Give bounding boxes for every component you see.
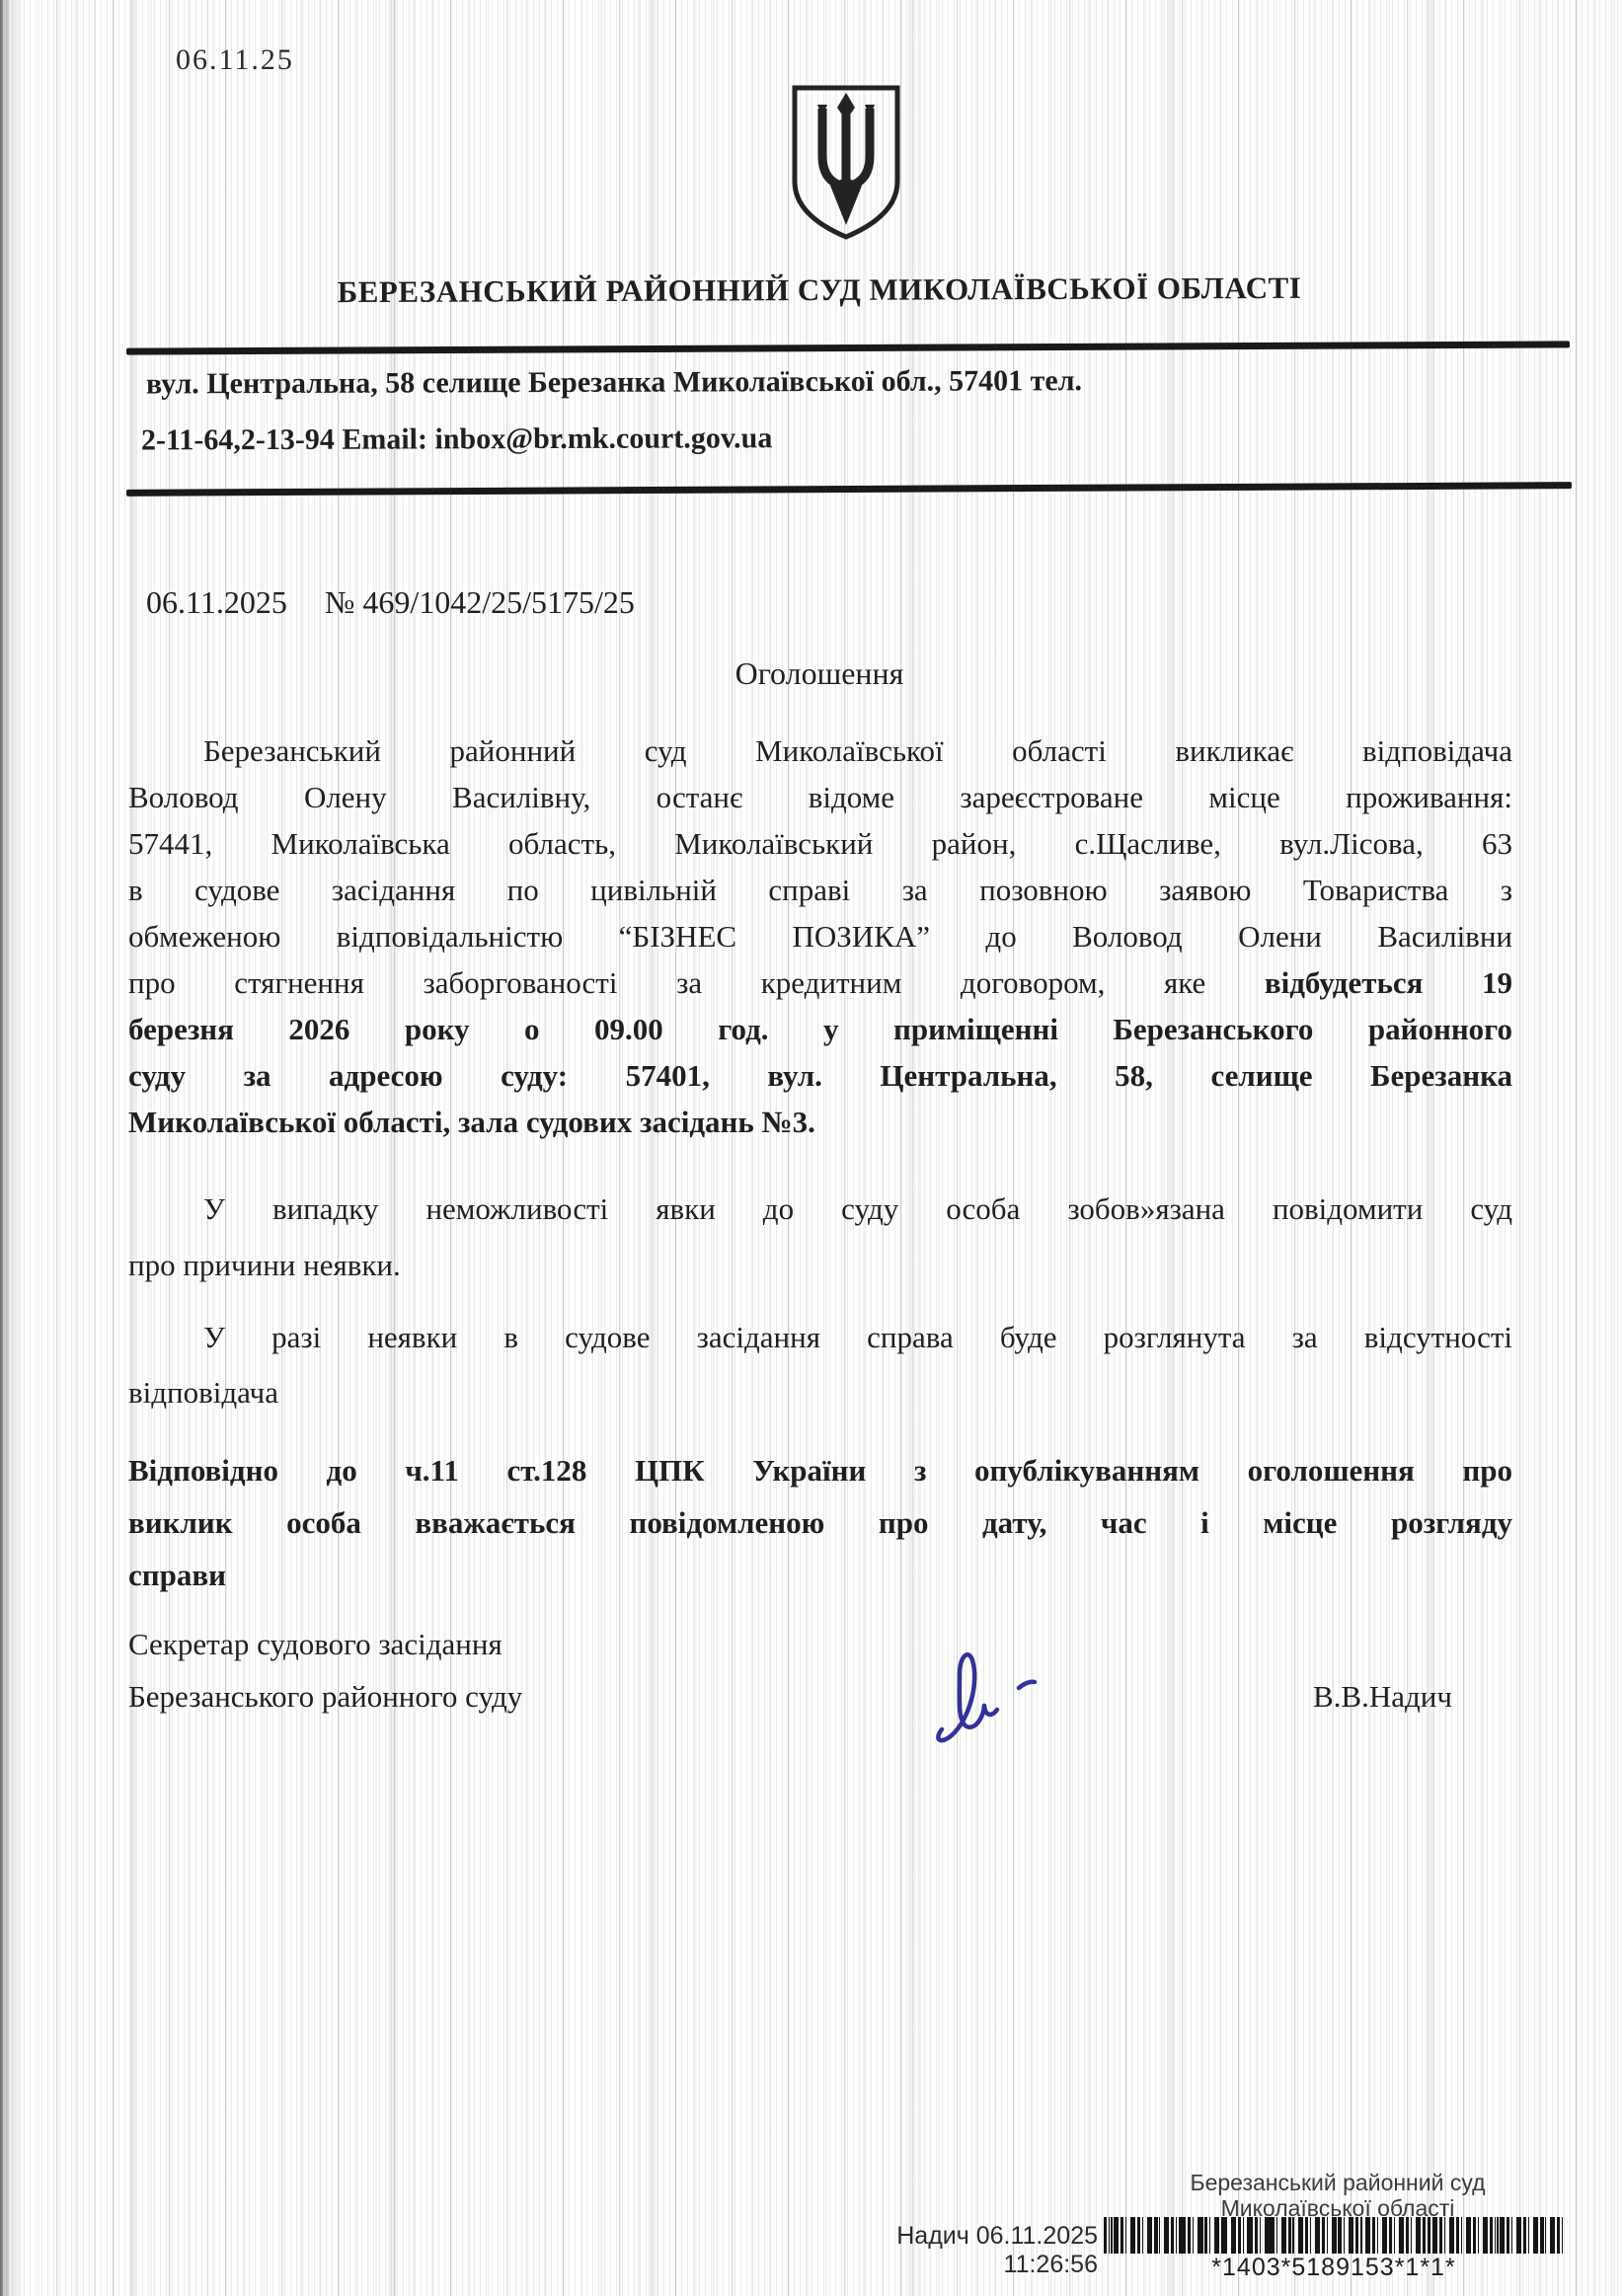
signatory-name: В.В.Надич [1313,1679,1530,1715]
text-line: суду за адресою суду: 57401, вул. Центра… [128,1052,1512,1099]
text-line: Воловод Олену Василівну, останє відоме з… [128,774,1512,820]
text-line: 57441, Миколаївська область, Миколаївськ… [128,820,1512,867]
text-line: виклик особа вважається повідомленою про… [128,1496,1512,1549]
text-line: Відповідно до ч.11 ст.128 ЦПК України з … [128,1444,1512,1496]
text-line: березня 2026 року о 09.00 год. у приміще… [128,1006,1512,1052]
barcode [1104,2217,1564,2254]
ukraine-trident-emblem-icon [788,83,904,243]
footer-stamp-timestamp: Надич 06.11.2025 11:26:56 [829,2222,1098,2279]
document-date: 06.11.2025 [146,584,287,620]
text-line: про стягнення заборгованості за кредитни… [128,959,1512,1006]
signatory-role-line-1: Секретар судового засідання [128,1627,502,1662]
case-number: № 469/1042/25/5175/25 [325,584,635,620]
header-address-line-1: вул. Центральна, 58 селище Березанка Мик… [146,363,1528,402]
header-rule-top [126,341,1570,354]
court-name-heading: БЕРЕЗАНСЬКИЙ РАЙОННИЙ СУД МИКОЛАЇВСЬКОЇ … [118,269,1520,311]
body-paragraph-absence-notice: У випадку неможливості явки до суду особ… [128,1181,1512,1293]
text-line: Миколаївської області, зала судових засі… [128,1099,1512,1145]
text-line: обмеженою відповідальністю “БІЗНЕС ПОЗИК… [128,913,1512,959]
text-line: відповідача [128,1365,1512,1420]
scan-corner-date: 06.11.25 [176,43,294,77]
text-line: в судове засідання по цивільній справі з… [128,867,1512,913]
text-line: Березанський районний суд Миколаївської … [128,727,1512,774]
barcode-caption: *1403*5189153*1*1* [1104,2254,1564,2282]
text-line: про причини неявки. [128,1237,1512,1293]
text-line: У випадку неможливості явки до суду особ… [128,1181,1512,1237]
reference-line: 06.11.2025№ 469/1042/25/5175/25 [146,584,635,621]
handwritten-signature [928,1646,1056,1755]
scanned-court-document: 06.11.25 БЕРЕЗАНСЬКИЙ РАЙОННИЙ СУД МИКОЛ… [0,0,1623,2296]
header-rule-bottom [126,482,1572,497]
header-address-line-2: 2-11-64,2-13-94 Email: inbox@br.mk.court… [141,420,1523,458]
signatory-role-line-2: Березанського районного суду [128,1679,522,1715]
body-paragraph-absence-consequence: У разі неявки в судове засідання справа … [128,1310,1512,1420]
body-paragraph-legal-basis: Відповідно до ч.11 ст.128 ЦПК України з … [128,1444,1512,1601]
footer-court-name: Березанський районний суд Миколаївської … [1076,2170,1599,2221]
footer-court-name-line-1: Березанський районний суд [1076,2170,1599,2195]
text-line: справи [128,1549,1512,1601]
text-line: У разі неявки в судове засідання справа … [128,1310,1512,1365]
document-title: Оголошення [128,655,1510,692]
body-paragraph-summons: Березанський районний суд Миколаївської … [128,727,1512,1145]
